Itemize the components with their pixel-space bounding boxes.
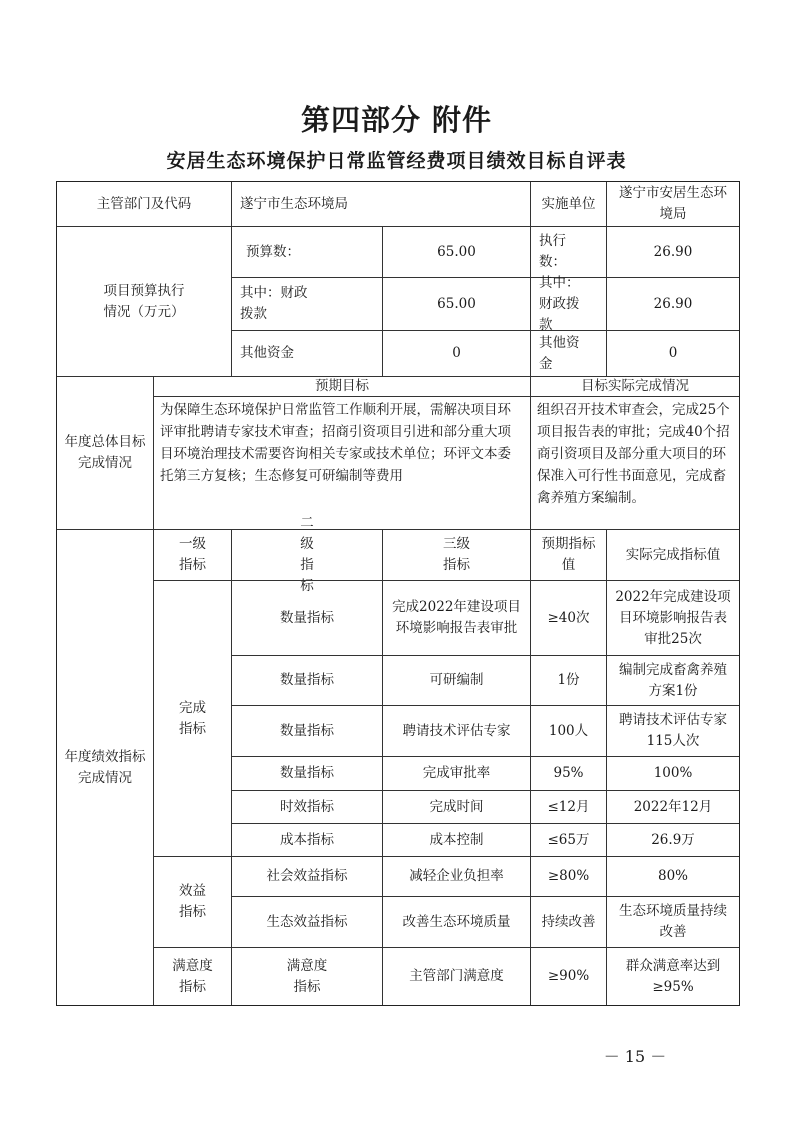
expected-cell: 95% [530, 756, 607, 791]
expected-cell: 1份 [530, 655, 607, 706]
budget-row-value: 65.00 [382, 277, 531, 331]
expected-goal-text: 为保障生态环境保护日常监管工作顺利开展，需解决项目环评审批聘请专家技术审查；招商… [153, 396, 531, 530]
expected-cell: 100人 [530, 705, 607, 757]
level2-cell: 生态效益指标 [231, 896, 383, 948]
budget-label: 项目预算执行情况（万元） [56, 226, 232, 377]
overall-goal-label: 年度总体目标完成情况 [56, 376, 154, 530]
dept-label: 主管部门及代码 [56, 181, 232, 227]
level2-cell: 社会效益指标 [231, 856, 383, 897]
budget-row-label: 预算数： [231, 226, 383, 278]
level1-benefit: 效益指标 [153, 856, 232, 948]
level3-cell: 改善生态环境质量 [382, 896, 531, 948]
budget-row-label: 其他资金 [231, 330, 383, 377]
indicators-label: 年度绩效指标完成情况 [56, 529, 154, 1006]
actual-goal-text: 组织召开技术审查会，完成25个项目报告表的审批；完成40个招商引资项目及部分重大… [530, 396, 740, 530]
level3-cell: 可研编制 [382, 655, 531, 706]
header-level1: 一级指标 [153, 529, 232, 581]
header-level3: 三级指标 [382, 529, 531, 581]
budget-row-label: 其中：财政拨款 [231, 277, 383, 331]
header-level2: 二级指标 [231, 529, 383, 581]
budget-row-value: 0 [382, 330, 531, 377]
actual-cell: 群众满意率达到≥95% [606, 947, 740, 1006]
expected-cell: ≤12月 [530, 790, 607, 824]
exec-row-value: 26.90 [606, 277, 740, 331]
actual-cell: 80% [606, 856, 740, 897]
expected-cell: ≥40次 [530, 580, 607, 656]
budget-row-value: 65.00 [382, 226, 531, 278]
level2-cell: 成本指标 [231, 823, 383, 857]
actual-cell: 2022年12月 [606, 790, 740, 824]
level3-cell: 完成时间 [382, 790, 531, 824]
expected-cell: 持续改善 [530, 896, 607, 948]
level1-completion: 完成指标 [153, 580, 232, 857]
table-title: 安居生态环境保护日常监管经费项目绩效目标自评表 [0, 146, 793, 173]
dept-value: 遂宁市生态环境局 [231, 181, 531, 227]
level3-cell: 主管部门满意度 [382, 947, 531, 1006]
exec-row-value: 0 [606, 330, 740, 377]
impl-unit-label: 实施单位 [530, 181, 607, 227]
level3-cell: 减轻企业负担率 [382, 856, 531, 897]
level2-cell: 数量指标 [231, 756, 383, 791]
page-number: － 15 － [0, 1044, 793, 1067]
level1-satisfaction: 满意度指标 [153, 947, 232, 1006]
exec-row-label: 其中：财政拨款 [530, 277, 607, 331]
expected-cell: ≤65万 [530, 823, 607, 857]
level3-cell: 完成2022年建设项目环境影响报告表审批 [382, 580, 531, 656]
actual-cell: 100% [606, 756, 740, 791]
expected-cell: ≥90% [530, 947, 607, 1006]
header-actual: 实际完成指标值 [606, 529, 740, 581]
exec-row-label: 执行数： [530, 226, 607, 278]
level3-cell: 成本控制 [382, 823, 531, 857]
exec-row-label: 其他资金 [530, 330, 607, 377]
expected-cell: ≥80% [530, 856, 607, 897]
level2-cell: 时效指标 [231, 790, 383, 824]
level2-cell: 满意度指标 [231, 947, 383, 1006]
actual-cell: 26.9万 [606, 823, 740, 857]
level2-cell: 数量指标 [231, 655, 383, 706]
actual-cell: 聘请技术评估专家115人次 [606, 705, 740, 757]
header-expected: 预期指标值 [530, 529, 607, 581]
level2-cell: 数量指标 [231, 580, 383, 656]
exec-row-value: 26.90 [606, 226, 740, 278]
page-title: 第四部分 附件 [0, 98, 793, 139]
actual-goal-header: 目标实际完成情况 [530, 376, 740, 397]
level3-cell: 完成审批率 [382, 756, 531, 791]
level3-cell: 聘请技术评估专家 [382, 705, 531, 757]
expected-goal-header: 预期目标 [153, 376, 531, 397]
actual-cell: 生态环境质量持续改善 [606, 896, 740, 948]
performance-table: 主管部门及代码 遂宁市生态环境局 实施单位 遂宁市安居生态环境局 项目预算执行情… [56, 181, 740, 1006]
level2-cell: 数量指标 [231, 705, 383, 757]
actual-cell: 编制完成畜禽养殖方案1份 [606, 655, 740, 706]
impl-unit-value: 遂宁市安居生态环境局 [606, 181, 740, 227]
actual-cell: 2022年完成建设项目环境影响报告表审批25次 [606, 580, 740, 656]
